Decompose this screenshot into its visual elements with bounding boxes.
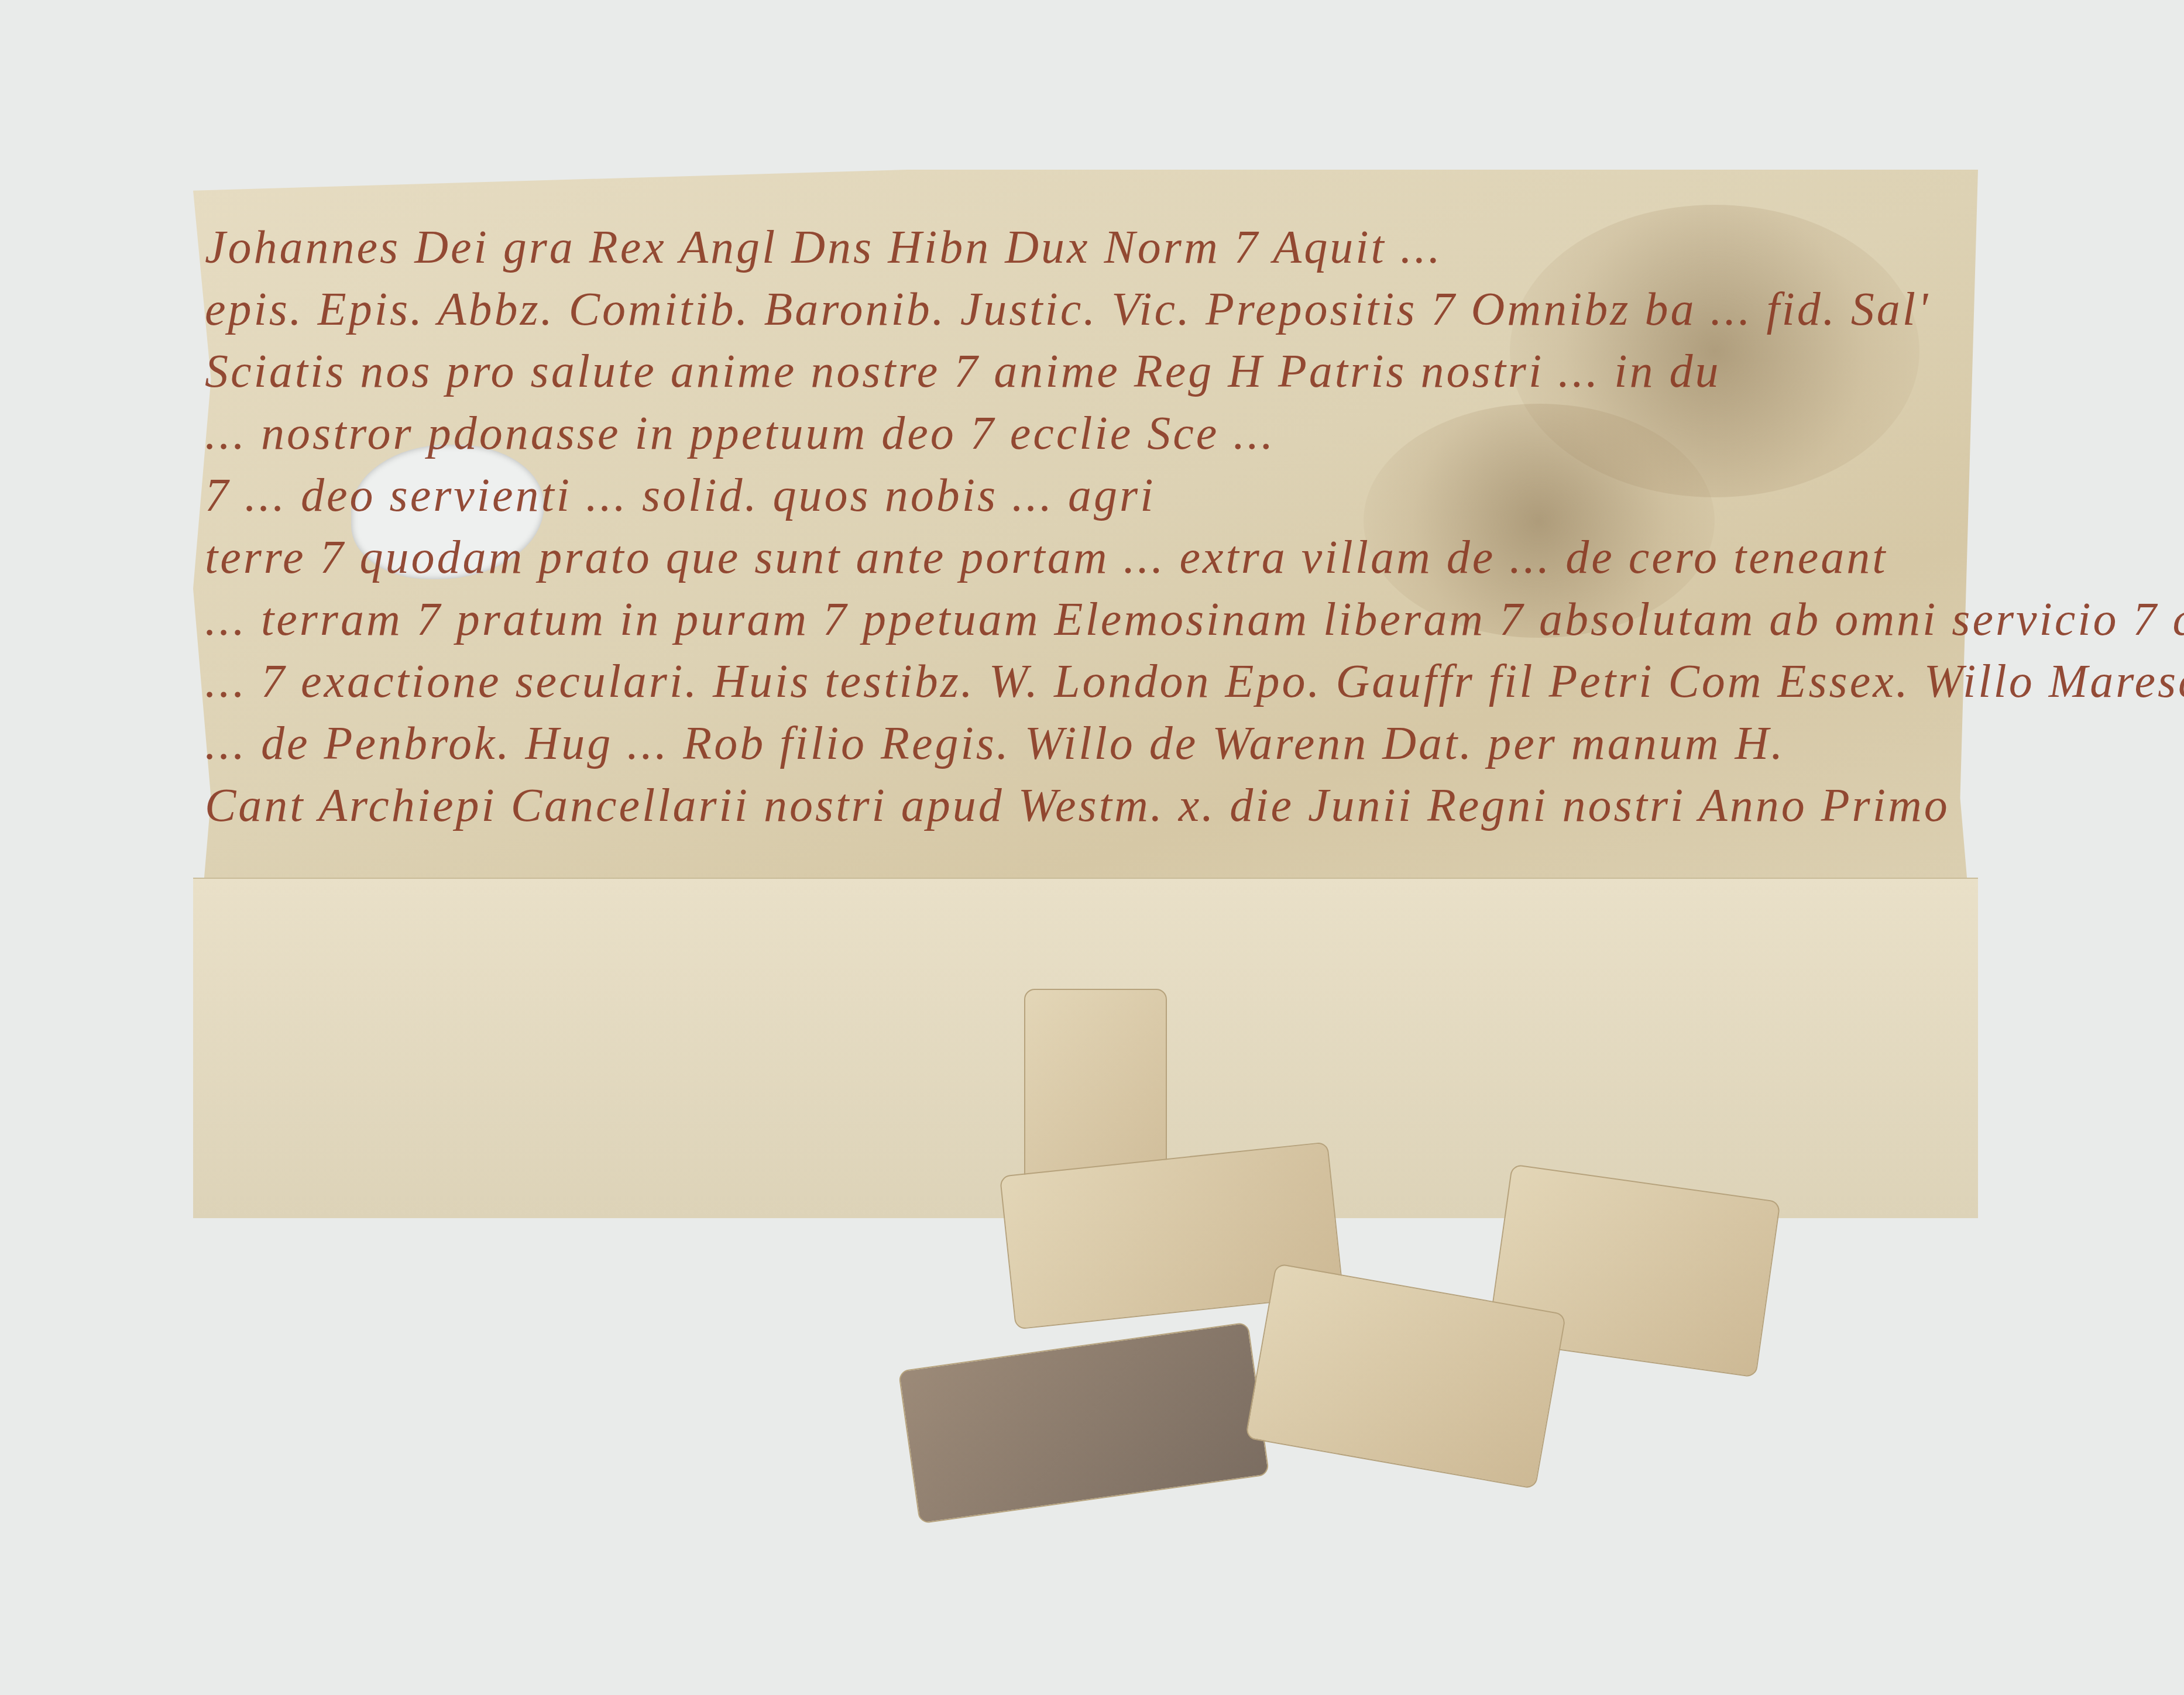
- charter-text: Johannes Dei gra Rex Angl Dns Hibn Dux N…: [205, 216, 1960, 837]
- text-line: ... nostror pdonasse in ppetuum deo 7 ec…: [205, 403, 1960, 465]
- text-line: Johannes Dei gra Rex Angl Dns Hibn Dux N…: [205, 216, 1960, 279]
- text-line: ... 7 exactione seculari. Huis testibz. …: [205, 651, 1960, 713]
- text-line: 7 ... deo servienti ... solid. quos nobi…: [205, 465, 1960, 527]
- text-line: Cant Archiepi Cancellarii nostri apud We…: [205, 775, 1960, 837]
- text-line: epis. Epis. Abbz. Comitib. Baronib. Just…: [205, 279, 1960, 341]
- text-line: terre 7 quodam prato que sunt ante porta…: [205, 527, 1960, 589]
- text-line: ... terram 7 pratum in puram 7 ppetuam E…: [205, 589, 1960, 651]
- text-line: ... de Penbrok. Hug ... Rob filio Regis.…: [205, 713, 1960, 775]
- seal-tag-end: [898, 1322, 1270, 1524]
- text-line: Sciatis nos pro salute anime nostre 7 an…: [205, 341, 1960, 403]
